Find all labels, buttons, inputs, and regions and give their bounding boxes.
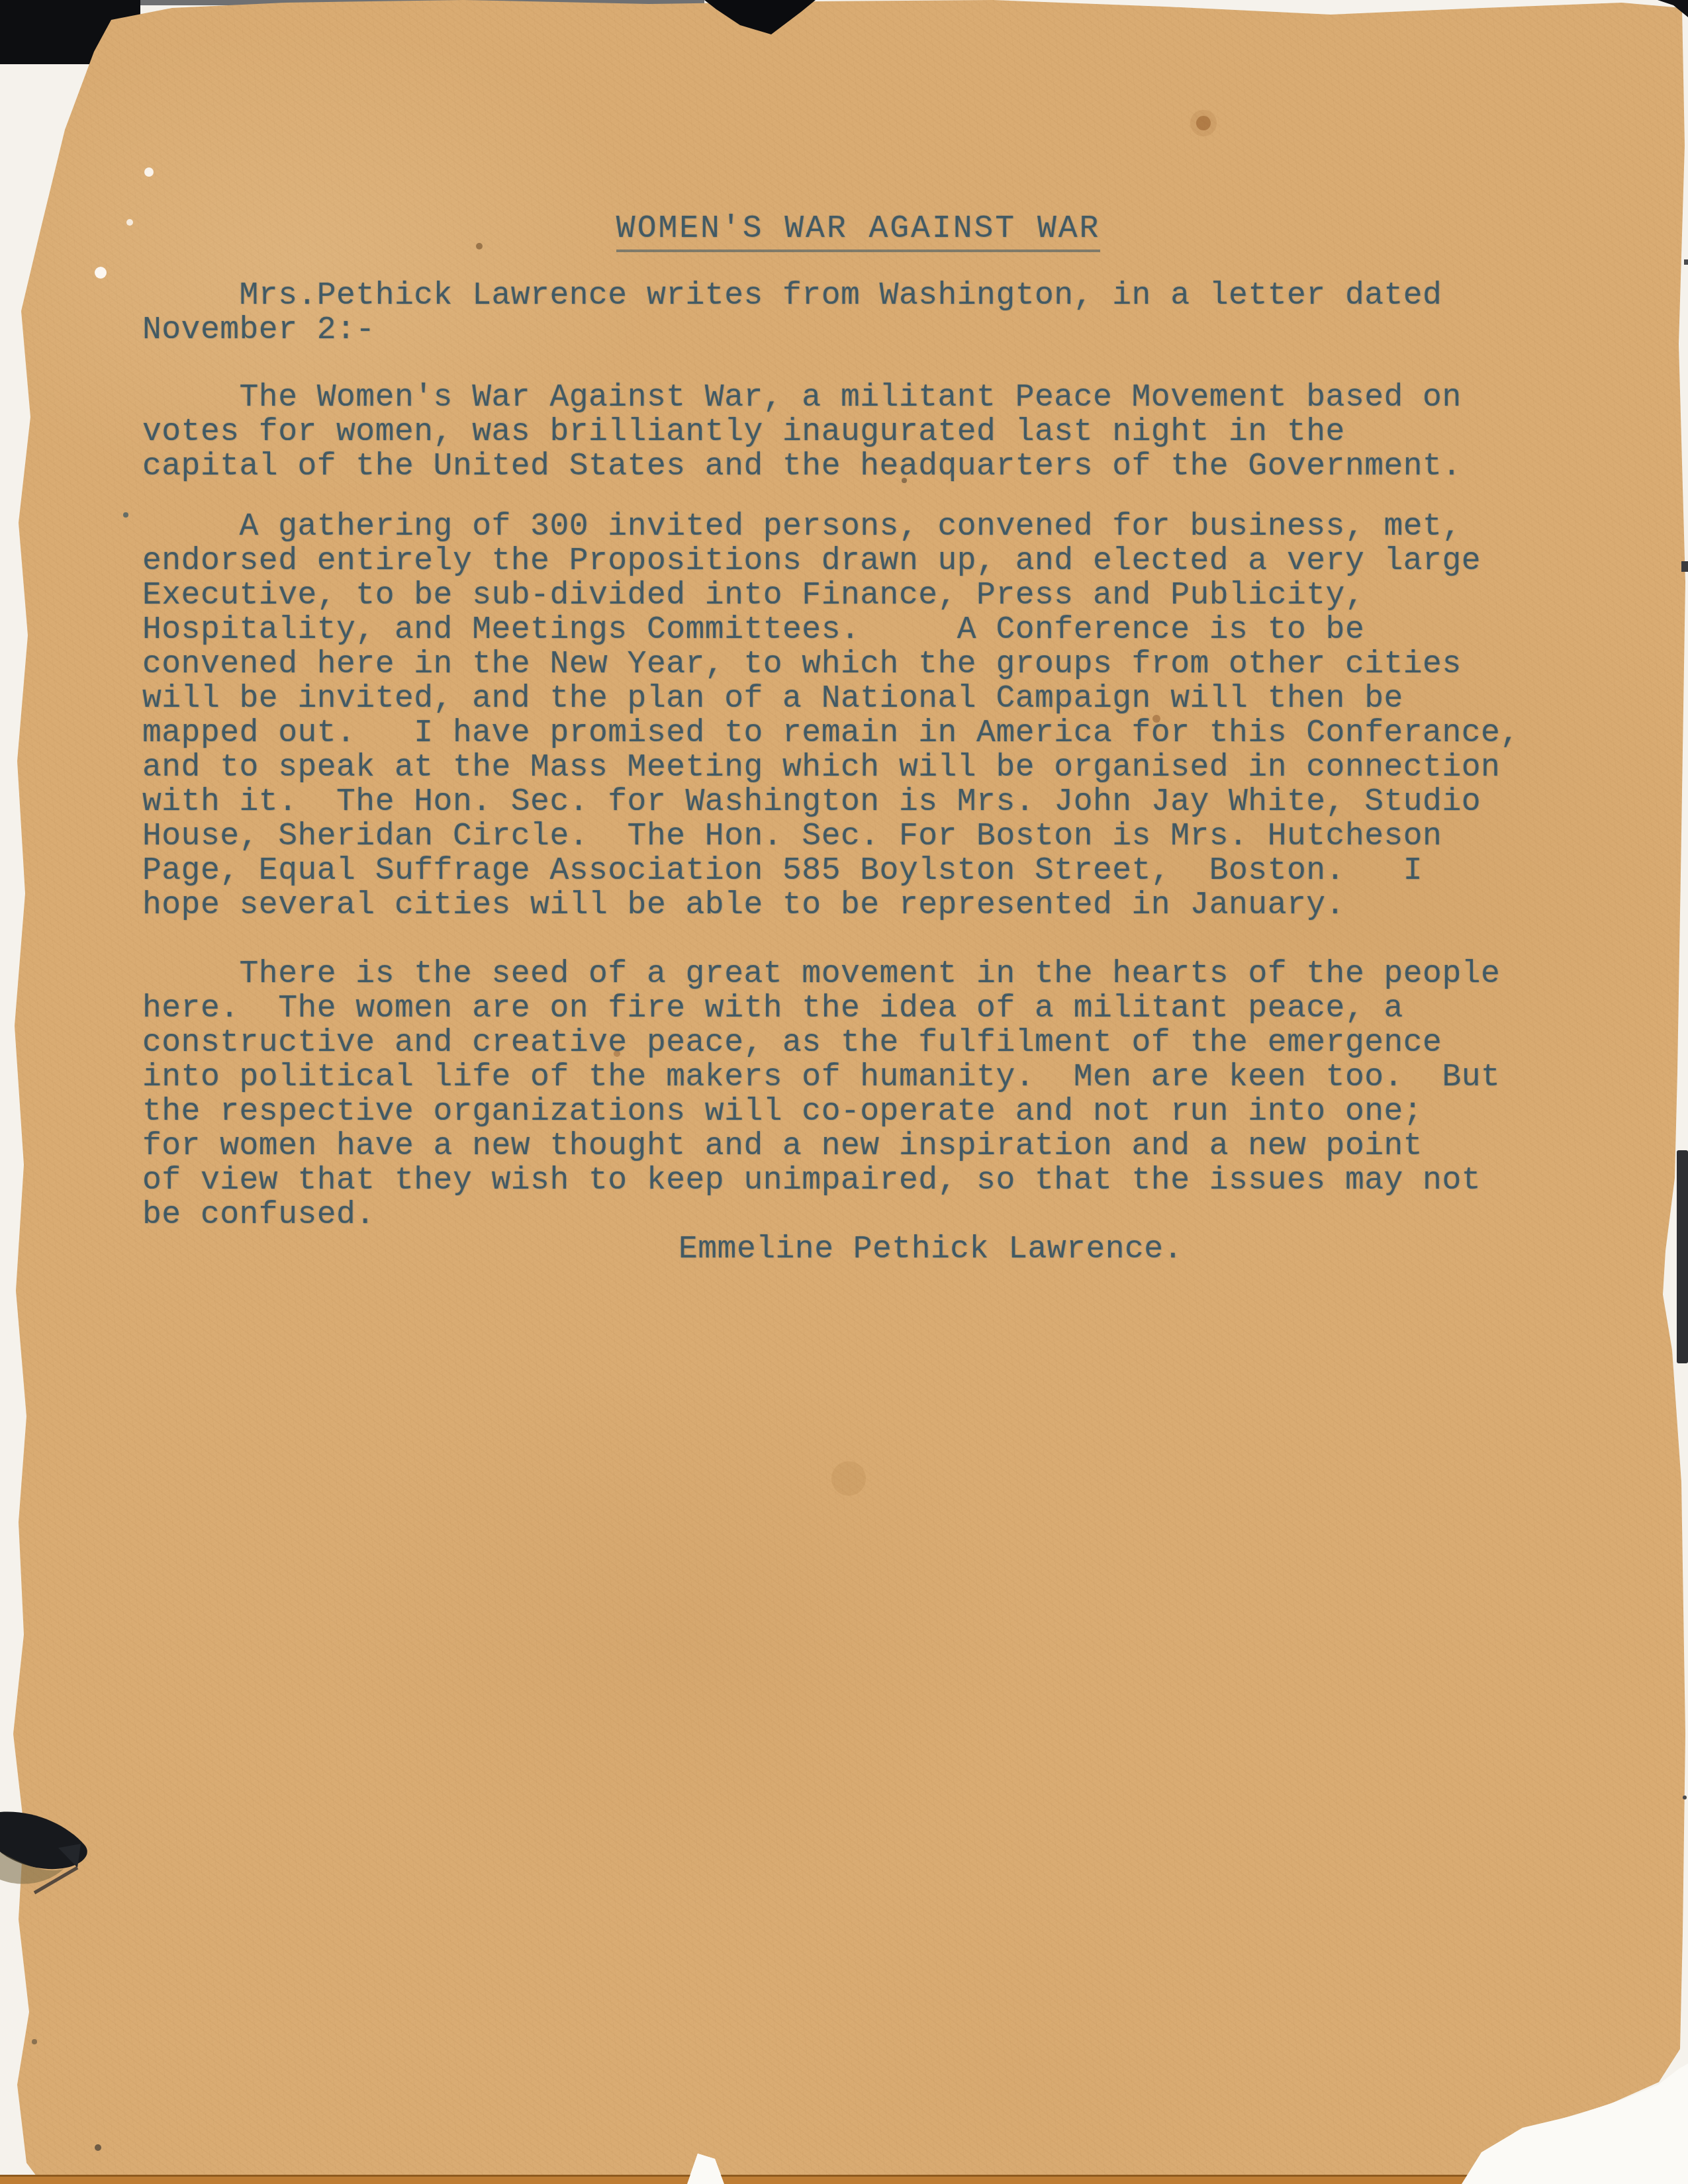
letter-paragraph-3: A gathering of 300 invited persons, conv…	[142, 510, 1520, 923]
letter-title-text: WOMEN'S WAR AGAINST WAR	[616, 212, 1101, 252]
letter-paragraph-1: Mrs.Pethick Lawrence writes from Washing…	[142, 279, 1442, 347]
letter-paragraph-4: There is the seed of a great movement in…	[142, 957, 1500, 1232]
scanned-letter-page: WOMEN'S WAR AGAINST WAR Mrs.Pethick Lawr…	[0, 0, 1688, 2184]
letter-signature: Emmeline Pethick Lawrence.	[679, 1232, 1183, 1267]
letter-paragraph-2: The Women's War Against War, a militant …	[142, 381, 1462, 484]
letter-title: WOMEN'S WAR AGAINST WAR	[490, 177, 1100, 287]
typewritten-text: WOMEN'S WAR AGAINST WAR Mrs.Pethick Lawr…	[0, 0, 1688, 2184]
